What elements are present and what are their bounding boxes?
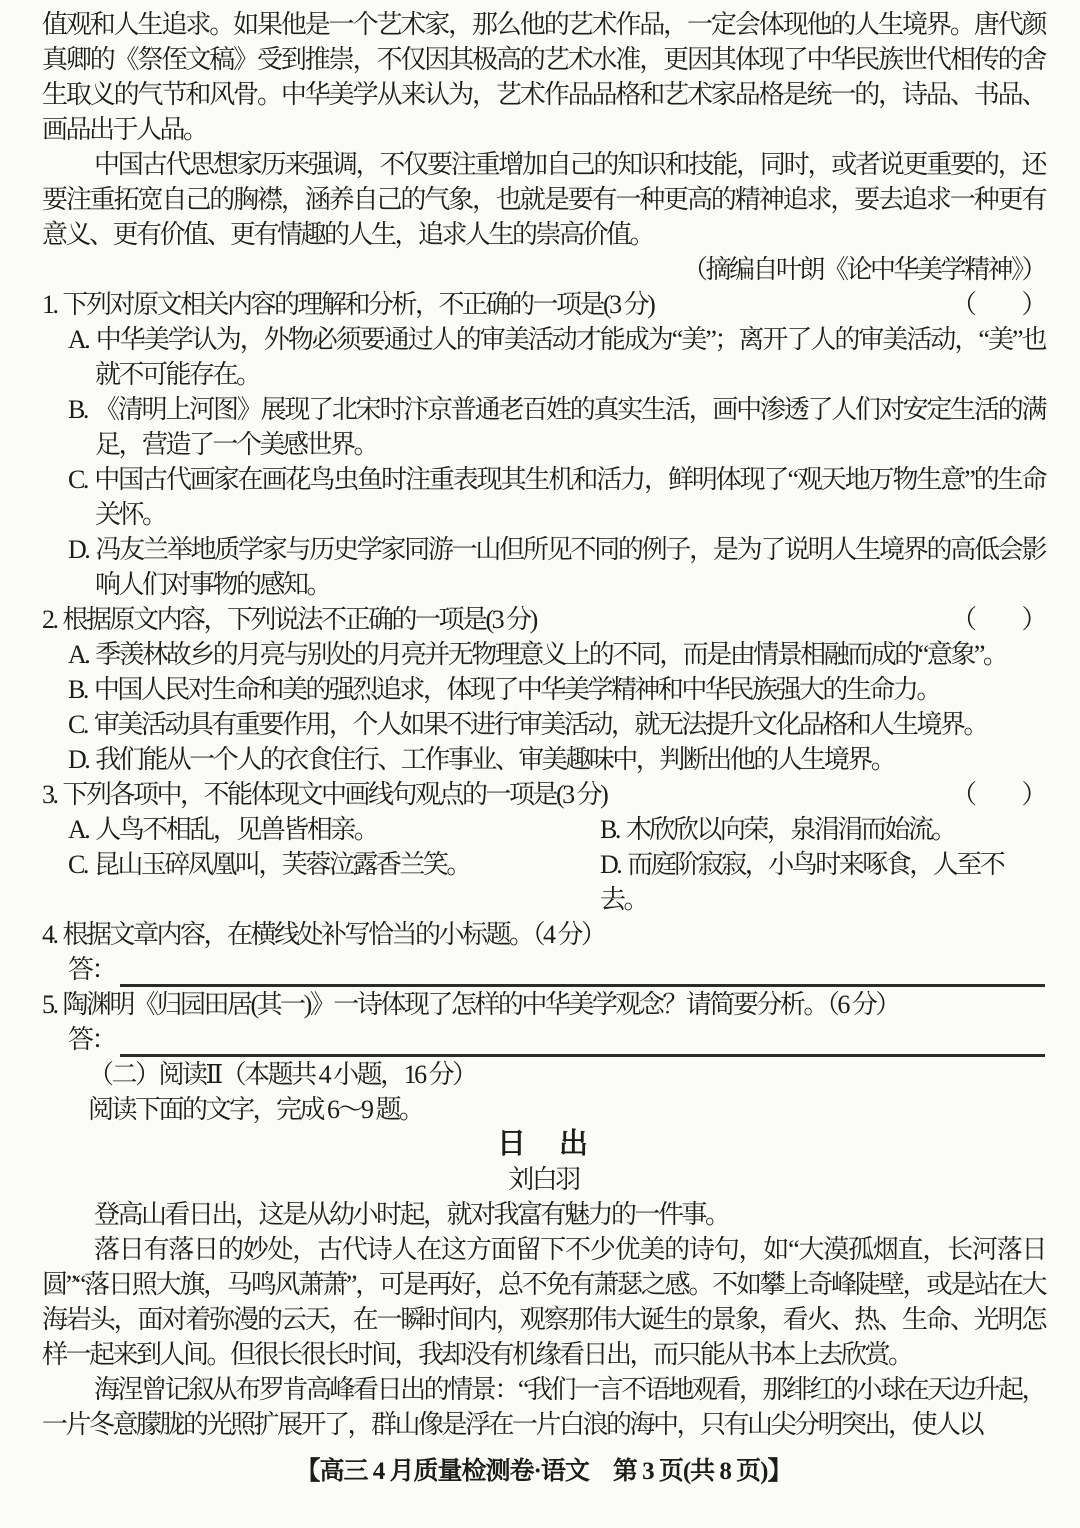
question-number: 1. — [42, 290, 57, 319]
question-number: 5. — [42, 990, 57, 1019]
option-a: A.人鸟不相乱，见兽皆相亲。 — [68, 812, 600, 847]
page-footer: 【高三 4 月质量检测卷·语文 第 3 页(共 8 页)】 — [42, 1454, 1045, 1489]
option-b: B.《清明上河图》展现了北宋时汴京普通老百姓的真实生活，画中渗透了人们对安定生活… — [42, 392, 1045, 462]
question-stem-text: 根据文章内容，在横线处补写恰当的小标题。（4 分） — [63, 920, 605, 949]
question-stem-row: 3.下列各项中，不能体现文中画线句观点的一项是(3 分) （ ） — [42, 777, 1045, 812]
question-stem-text: 下列各项中，不能体现文中画线句观点的一项是(3 分) — [63, 780, 607, 809]
option-text: 审美活动具有重要作用，个人如果不进行审美活动，就无法提升文化品格和人生境界。 — [94, 710, 987, 739]
option-text: 《清明上河图》展现了北宋时汴京普通老百姓的真实生活，画中渗透了人们对安定生活的满… — [94, 395, 1045, 459]
answer-blank-line — [120, 1026, 1045, 1057]
question-stem-text: 根据原文内容，下列说法不正确的一项是(3 分) — [63, 605, 536, 634]
option-d: D.我们能从一个人的衣食住行、工作事业、审美趣味中，判断出他的人生境界。 — [42, 742, 1045, 777]
option-label: D. — [600, 850, 620, 879]
option-label: B. — [68, 395, 87, 424]
option-text: 中国古代画家在画花鸟虫鱼时注重表现其生机和活力，鲜明体现了“观天地万物生意”的生… — [94, 465, 1045, 529]
question-stem-text: 下列对原文相关内容的理解和分析，不正确的一项是(3 分) — [63, 290, 654, 319]
option-c: C.审美活动具有重要作用，个人如果不进行审美活动，就无法提升文化品格和人生境界。 — [42, 707, 1045, 742]
paragraph: 中国古代思想家历来强调，不仅要注重增加自己的知识和技能，同时，或者说更重要的，还… — [42, 147, 1045, 252]
question-stem-row: 1.下列对原文相关内容的理解和分析，不正确的一项是(3 分) （ ） — [42, 287, 1045, 322]
option-row: A.人鸟不相乱，见兽皆相亲。 B.木欣欣以向荣，泉涓涓而始流。 — [42, 812, 1045, 847]
option-a: A.季羡林故乡的月亮与别处的月亮并无物理意义上的不同，而是由情景相融而成的“意象… — [42, 637, 1045, 672]
essay-title: 日 出 — [42, 1127, 1045, 1162]
question-stem-row: 2.根据原文内容，下列说法不正确的一项是(3 分) （ ） — [42, 602, 1045, 637]
option-text: 冯友兰举地质学家与历史学家同游一山但所见不同的例子，是为了说明人生境界的高低会影… — [95, 535, 1045, 599]
question-number: 2. — [42, 605, 57, 634]
answer-row: 答： — [42, 952, 1045, 987]
question-5: 5.陶渊明《归园田居(其一)》一诗体现了怎样的中华美学观念？请简要分析。（6 分… — [42, 987, 1045, 1057]
option-label: B. — [68, 675, 87, 704]
option-label: C. — [68, 850, 87, 879]
option-b: B.木欣欣以向荣，泉涓涓而始流。 — [600, 812, 1045, 847]
question-stem: 5.陶渊明《归园田居(其一)》一诗体现了怎样的中华美学观念？请简要分析。（6 分… — [42, 987, 899, 1022]
essay-paragraph: 落日有落日的妙处，古代诗人在这方面留下不少优美的诗句，如“大漠孤烟直，长河落日圆… — [42, 1232, 1045, 1372]
essay-paragraph: 登高山看日出，这是从幼小时起，就对我富有魅力的一件事。 — [42, 1197, 1045, 1232]
option-d: D.冯友兰举地质学家与历史学家同游一山但所见不同的例子，是为了说明人生境界的高低… — [42, 532, 1045, 602]
section-heading: （二）阅读Ⅱ（本题共 4 小题，16 分） — [42, 1057, 1045, 1092]
question-stem: 1.下列对原文相关内容的理解和分析，不正确的一项是(3 分) — [42, 287, 653, 322]
question-1: 1.下列对原文相关内容的理解和分析，不正确的一项是(3 分) （ ） A.中华美… — [42, 287, 1045, 602]
reading-instruction: 阅读下面的文字，完成 6～9 题。 — [42, 1092, 1045, 1127]
answer-blank-line — [120, 956, 1045, 987]
option-label: C. — [68, 710, 87, 739]
option-text: 季羡林故乡的月亮与别处的月亮并无物理意义上的不同，而是由情景相融而成的“意象”。 — [95, 640, 1006, 669]
question-number: 4. — [42, 920, 57, 949]
question-stem: 3.下列各项中，不能体现文中画线句观点的一项是(3 分) — [42, 777, 606, 812]
essay-author: 刘白羽 — [42, 1162, 1045, 1197]
option-label: A. — [68, 325, 88, 354]
question-3: 3.下列各项中，不能体现文中画线句观点的一项是(3 分) （ ） A.人鸟不相乱… — [42, 777, 1045, 917]
option-text: 人鸟不相乱，见兽皆相亲。 — [95, 815, 377, 844]
option-label: A. — [68, 815, 88, 844]
continued-paragraph: 值观和人生追求。如果他是一个艺术家，那么他的艺术作品，一定会体现他的人生境界。唐… — [42, 7, 1045, 147]
answer-bracket: （ ） — [951, 602, 1045, 637]
question-stem-text: 陶渊明《归园田居(其一)》一诗体现了怎样的中华美学观念？请简要分析。（6 分） — [63, 990, 899, 1019]
option-label: B. — [600, 815, 619, 844]
option-text: 我们能从一个人的衣食住行、工作事业、审美趣味中，判断出他的人生境界。 — [95, 745, 894, 774]
option-text: 中华美学认为，外物必须要通过人的审美活动才能成为“美”；离开了人的审美活动，“美… — [95, 325, 1045, 389]
answer-label: 答： — [68, 952, 115, 987]
option-text: 而庭阶寂寂，小鸟时来啄食，人至不去。 — [600, 850, 1003, 914]
option-text: 中国人民对生命和美的强烈追求，体现了中华美学精神和中华民族强大的生命力。 — [94, 675, 940, 704]
question-stem: 2.根据原文内容，下列说法不正确的一项是(3 分) — [42, 602, 536, 637]
question-stem-row: 5.陶渊明《归园田居(其一)》一诗体现了怎样的中华美学观念？请简要分析。（6 分… — [42, 987, 1045, 1022]
option-c: C.中国古代画家在画花鸟虫鱼时注重表现其生机和活力，鲜明体现了“观天地万物生意”… — [42, 462, 1045, 532]
option-label: D. — [68, 745, 88, 774]
option-d: D.而庭阶寂寂，小鸟时来啄食，人至不去。 — [600, 847, 1045, 917]
option-label: C. — [68, 465, 87, 494]
answer-label: 答： — [68, 1022, 115, 1057]
exam-page: 值观和人生追求。如果他是一个艺术家，那么他的艺术作品，一定会体现他的人生境界。唐… — [0, 0, 1080, 1528]
question-stem: 4.根据文章内容，在横线处补写恰当的小标题。（4 分） — [42, 917, 605, 952]
option-text: 木欣欣以向荣，泉涓涓而始流。 — [626, 815, 955, 844]
option-label: D. — [68, 535, 88, 564]
question-4: 4.根据文章内容，在横线处补写恰当的小标题。（4 分） 答： — [42, 917, 1045, 987]
question-number: 3. — [42, 780, 57, 809]
option-b: B.中国人民对生命和美的强烈追求，体现了中华美学精神和中华民族强大的生命力。 — [42, 672, 1045, 707]
question-stem-row: 4.根据文章内容，在横线处补写恰当的小标题。（4 分） — [42, 917, 1045, 952]
option-label: A. — [68, 640, 88, 669]
answer-row: 答： — [42, 1022, 1045, 1057]
question-2: 2.根据原文内容，下列说法不正确的一项是(3 分) （ ） A.季羡林故乡的月亮… — [42, 602, 1045, 777]
option-text: 昆山玉碎凤凰叫，芙蓉泣露香兰笑。 — [94, 850, 470, 879]
option-c: C.昆山玉碎凤凰叫，芙蓉泣露香兰笑。 — [68, 847, 600, 917]
essay-paragraph: 海涅曾记叙从布罗肯高峰看日出的情景：“我们一言不语地观看，那绯红的小球在天边升起… — [42, 1372, 1045, 1442]
option-a: A.中华美学认为，外物必须要通过人的审美活动才能成为“美”；离开了人的审美活动，… — [42, 322, 1045, 392]
source-attribution: （摘编自叶朗《论中华美学精神》） — [42, 252, 1045, 287]
option-row: C.昆山玉碎凤凰叫，芙蓉泣露香兰笑。 D.而庭阶寂寂，小鸟时来啄食，人至不去。 — [42, 847, 1045, 917]
answer-bracket: （ ） — [951, 777, 1045, 812]
answer-bracket: （ ） — [951, 287, 1045, 322]
